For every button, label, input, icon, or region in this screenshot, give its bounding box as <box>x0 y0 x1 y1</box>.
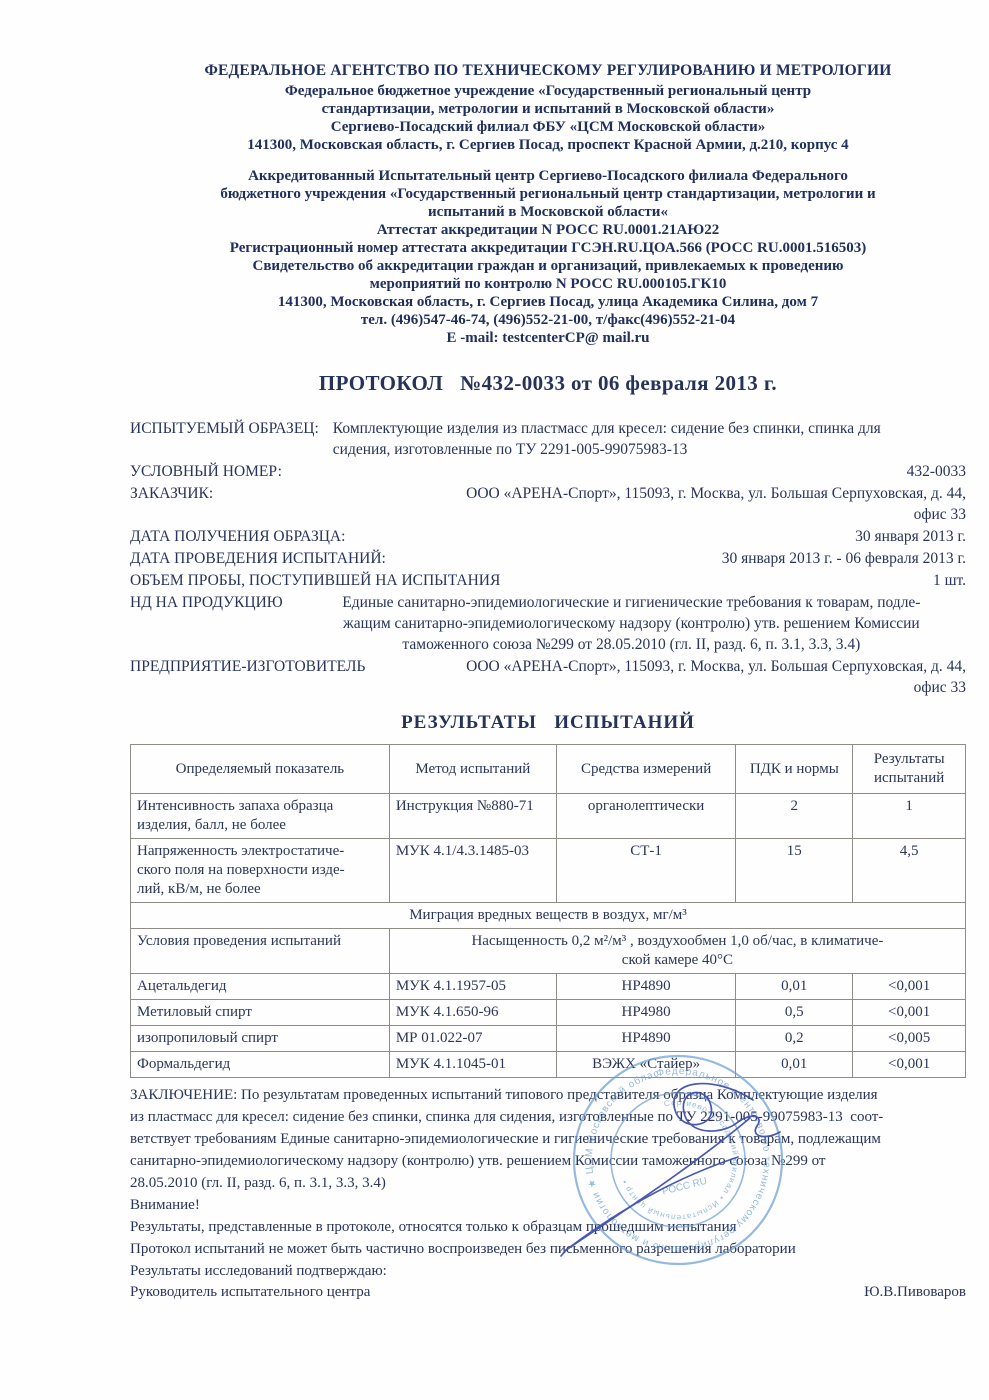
cell-indicator: Формальдегид <box>131 1052 390 1078</box>
sample-fields: ИСПЫТУЕМЫЙ ОБРАЗЕЦ: Комплектующие издели… <box>130 418 966 698</box>
cell-method: МР 01.022-07 <box>389 1026 556 1052</box>
field-row-manufacturer: ПРЕДПРИЯТИЕ-ИЗГОТОВИТЕЛЬ ООО «АРЕНА-Спор… <box>130 656 966 698</box>
col-header-means: Средства измерений <box>556 745 736 794</box>
attention-line: Результаты, представленные в протоколе, … <box>130 1216 966 1238</box>
table-row: Метиловый спирт МУК 4.1.650-96 НР4980 0,… <box>131 1000 966 1026</box>
cell-indicator: Метиловый спирт <box>131 1000 390 1026</box>
org-line: Федеральное бюджетное учреждение «Госуда… <box>130 82 966 100</box>
attention-title: Внимание! <box>130 1194 966 1216</box>
attention-line: Результаты исследований подтверждаю: <box>130 1260 966 1282</box>
cell-norm: 0,2 <box>736 1026 853 1052</box>
migration-section-title: Миграция вредных веществ в воздух, мг/м³ <box>131 903 966 929</box>
cell-norm: 2 <box>736 794 853 839</box>
conditions-row: Условия проведения испытаний Насыщенност… <box>131 929 966 974</box>
cell-indicator: изопропиловый спирт <box>131 1026 390 1052</box>
col-header-indicator: Определяемый показатель <box>131 745 390 794</box>
cell-method: МУК 4.1/4.3.1485-03 <box>389 839 556 903</box>
conditions-label: Условия проведения испытаний <box>131 929 390 974</box>
cell-result: <0,001 <box>853 974 966 1000</box>
results-heading: РЕЗУЛЬТАТЫ ИСПЫТАНИЙ <box>130 712 966 734</box>
address-line: 141300, Московская область, г. Сергиев П… <box>130 293 966 311</box>
field-label: ИСПЫТУЕМЫЙ ОБРАЗЕЦ: <box>130 418 319 460</box>
signatory-name: Ю.В.Пивоваров <box>864 1284 966 1301</box>
field-value: Единые санитарно-эпидемиологические и ги… <box>297 592 966 655</box>
cell-means: НР4890 <box>556 974 736 1000</box>
signoff-row: Руководитель испытательного центра Ю.В.П… <box>130 1284 966 1301</box>
field-row-date-tested: ДАТА ПРОВЕДЕНИЯ ИСПЫТАНИЙ: 30 января 201… <box>130 548 966 569</box>
table-row: изопропиловый спирт МР 01.022-07 НР4890 … <box>131 1026 966 1052</box>
field-row-sample-volume: ОБЪЕМ ПРОБЫ, ПОСТУПИВШЕЙ НА ИСПЫТАНИЯ 1 … <box>130 570 966 591</box>
field-value: ООО «АРЕНА-Спорт», 115093, г. Москва, ул… <box>227 483 966 525</box>
document-content: ФЕДЕРАЛЬНОЕ АГЕНТСТВО ПО ТЕХНИЧЕСКОМУ РЕ… <box>130 62 966 1301</box>
field-label: ДАТА ПОЛУЧЕНИЯ ОБРАЗЦА: <box>130 526 345 547</box>
org-line: стандартизации, метрологии и испытаний в… <box>130 100 966 118</box>
header-gap <box>130 154 966 167</box>
table-row: Ацетальдегид МУК 4.1.1957-05 НР4890 0,01… <box>131 974 966 1000</box>
attention-line: Протокол испытаний не может быть частичн… <box>130 1238 966 1260</box>
field-row-customer: ЗАКАЗЧИК: ООО «АРЕНА-Спорт», 115093, г. … <box>130 483 966 525</box>
cell-indicator: Интенсивность запаха образца изделия, ба… <box>131 794 390 839</box>
field-value: 432-0033 <box>296 461 966 482</box>
agency-title: ФЕДЕРАЛЬНОЕ АГЕНТСТВО ПО ТЕХНИЧЕСКОМУ РЕ… <box>130 62 966 80</box>
field-label: УСЛОВНЫЙ НОМЕР: <box>130 461 282 482</box>
cell-method: Инструкция №880-71 <box>389 794 556 839</box>
cell-result: <0,001 <box>853 1052 966 1078</box>
accreditation-line: испытаний в Московской области« <box>130 203 966 221</box>
field-row-sample: ИСПЫТУЕМЫЙ ОБРАЗЕЦ: Комплектующие издели… <box>130 418 966 460</box>
signatory-title: Руководитель испытательного центра <box>130 1284 370 1301</box>
cell-result: 4,5 <box>853 839 966 903</box>
cell-means: НР4980 <box>556 1000 736 1026</box>
protocol-document-page: ФЕДЕРАЛЬНОЕ АГЕНТСТВО ПО ТЕХНИЧЕСКОМУ РЕ… <box>0 0 989 1400</box>
phone-line: тел. (496)547-46-74, (496)552-21-00, т/ф… <box>130 311 966 329</box>
migration-section-row: Миграция вредных веществ в воздух, мг/м³ <box>131 903 966 929</box>
conditions-value: Насыщенность 0,2 м²/м³ , воздухообмен 1,… <box>389 929 965 974</box>
field-label: НД НА ПРОДУКЦИЮ <box>130 592 283 655</box>
conclusion-text: ЗАКЛЮЧЕНИЕ: По результатам проведенных и… <box>130 1084 966 1194</box>
results-table: Определяемый показатель Метод испытаний … <box>130 744 966 1078</box>
cell-norm: 0,5 <box>736 1000 853 1026</box>
field-value: 30 января 2013 г. <box>359 526 966 547</box>
field-label: ПРЕДПРИЯТИЕ-ИЗГОТОВИТЕЛЬ <box>130 656 365 698</box>
accreditation-line: Регистрационный номер аттестата аккредит… <box>130 239 966 257</box>
field-row-number: УСЛОВНЫЙ НОМЕР: 432-0033 <box>130 461 966 482</box>
cell-means: ВЭЖХ «Стайер» <box>556 1052 736 1078</box>
accreditation-line: Аккредитованный Испытательный центр Серг… <box>130 167 966 185</box>
accreditation-line: бюджетного учреждения «Государственный р… <box>130 185 966 203</box>
cell-means: НР4890 <box>556 1026 736 1052</box>
accreditation-line: Свидетельство об аккредитации граждан и … <box>130 257 966 275</box>
table-row: Напряженность электростатиче- ского поля… <box>131 839 966 903</box>
table-row: Формальдегид МУК 4.1.1045-01 ВЭЖХ «Стайе… <box>131 1052 966 1078</box>
table-header-row: Определяемый показатель Метод испытаний … <box>131 745 966 794</box>
protocol-title: ПРОТОКОЛ №432-0033 от 06 февраля 2013 г. <box>130 371 966 396</box>
org-line: 141300, Московская область, г. Сергиев П… <box>130 136 966 154</box>
cell-result: 1 <box>853 794 966 839</box>
accreditation-line: Аттестат аккредитации N РОСС RU.0001.21А… <box>130 221 966 239</box>
field-label: ДАТА ПРОВЕДЕНИЯ ИСПЫТАНИЙ: <box>130 548 386 569</box>
field-value: Комплектующие изделия из пластмасс для к… <box>333 418 966 460</box>
field-value: ООО «АРЕНА-Спорт», 115093, г. Москва, ул… <box>379 656 966 698</box>
cell-means: органолептически <box>556 794 736 839</box>
cell-result: <0,005 <box>853 1026 966 1052</box>
cell-means: СТ-1 <box>556 839 736 903</box>
document-header: ФЕДЕРАЛЬНОЕ АГЕНТСТВО ПО ТЕХНИЧЕСКОМУ РЕ… <box>130 62 966 347</box>
cell-indicator: Ацетальдегид <box>131 974 390 1000</box>
col-header-norm: ПДК и нормы <box>736 745 853 794</box>
field-label: ЗАКАЗЧИК: <box>130 483 213 525</box>
email-line: E -mail: testcenterCP@ mail.ru <box>130 329 966 347</box>
cell-method: МУК 4.1.650-96 <box>389 1000 556 1026</box>
accreditation-line: мероприятий по контролю N РОСС RU.000105… <box>130 275 966 293</box>
org-line: Сергиево-Посадский филиал ФБУ «ЦСМ Моско… <box>130 118 966 136</box>
cell-norm: 0,01 <box>736 1052 853 1078</box>
field-row-date-received: ДАТА ПОЛУЧЕНИЯ ОБРАЗЦА: 30 января 2013 г… <box>130 526 966 547</box>
cell-indicator: Напряженность электростатиче- ского поля… <box>131 839 390 903</box>
cell-method: МУК 4.1.1045-01 <box>389 1052 556 1078</box>
cell-norm: 0,01 <box>736 974 853 1000</box>
attention-block: Внимание! Результаты, представленные в п… <box>130 1194 966 1282</box>
field-value: 1 шт. <box>514 570 966 591</box>
table-row: Интенсивность запаха образца изделия, ба… <box>131 794 966 839</box>
cell-norm: 15 <box>736 839 853 903</box>
cell-method: МУК 4.1.1957-05 <box>389 974 556 1000</box>
field-label: ОБЪЕМ ПРОБЫ, ПОСТУПИВШЕЙ НА ИСПЫТАНИЯ <box>130 570 500 591</box>
cell-result: <0,001 <box>853 1000 966 1026</box>
field-value: 30 января 2013 г. - 06 февраля 2013 г. <box>400 548 966 569</box>
col-header-method: Метод испытаний <box>389 745 556 794</box>
col-header-result: Результаты испытаний <box>853 745 966 794</box>
field-row-normative-doc: НД НА ПРОДУКЦИЮ Единые санитарно-эпидеми… <box>130 592 966 655</box>
